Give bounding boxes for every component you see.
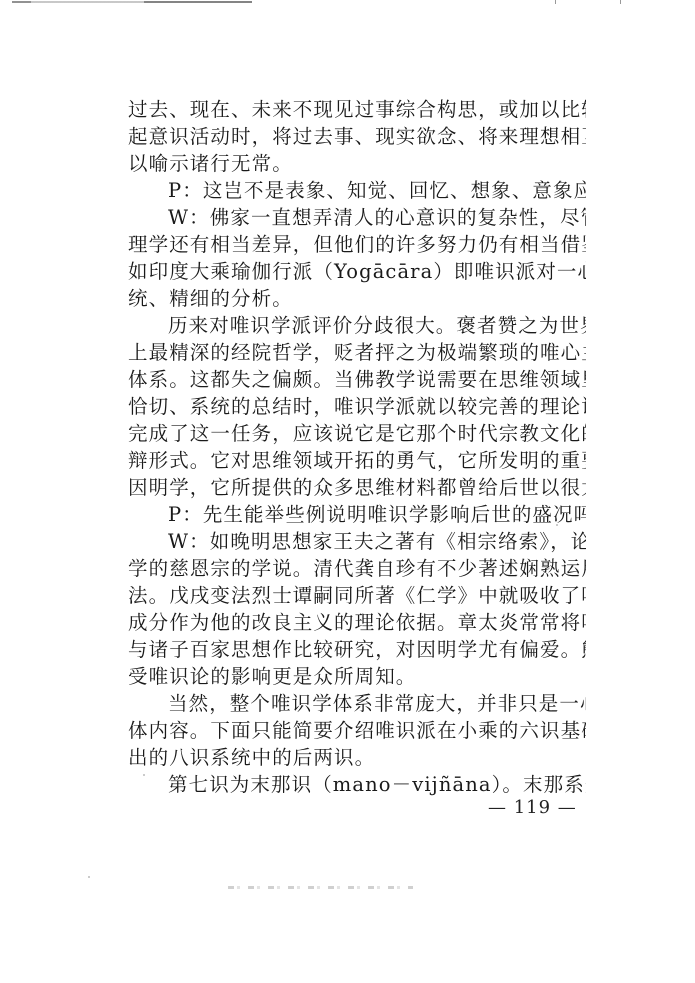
text-line: 体系。这都失之偏颇。当佛教学说需要在思维领域里得到较 [128,366,586,393]
text-line: 受唯识论的影响更是众所周知。 [128,663,586,690]
text-line: 完成了这一任务，应该说它是它那个时代宗教文化的高级思 [128,420,586,447]
scan-speck [88,876,90,878]
text-line: 学的慈恩宗的学说。清代龚自珍有不少著述娴熟运用因明方 [128,555,586,582]
text-line: 出的八识系统中的后两识。 [128,744,586,771]
text-line: 如印度大乘瑜伽行派（Yogācāra）即唯识派对一心八识的系 [128,258,586,285]
paragraph-start-line: 历来对唯识学派评价分歧很大。褒者赞之为世界哲学史 [128,312,586,339]
text-line: 上最精深的经院哲学，贬者抨之为极端繁琐的唯心主义思想 [128,339,586,366]
answer-line: W：如晚明思想家王夫之著有《相宗络索》，论述了持唯识 [128,528,586,555]
paragraph-start-line: 当然，整个唯识学体系非常庞大，并非只是一心八识的具 [128,690,586,717]
text-line: 过去、现在、未来不现见过事综合构思，或加以比较，意思是在 [128,96,586,123]
scan-noise-artifact [228,886,413,889]
text-line: 理学还有相当差异，但他们的许多努力仍有相当借鉴意义，例 [128,231,586,258]
scan-edge-artifact [12,1,252,3]
text-line: 成分作为他的改良主义的理论依据。章太炎常常将唯识思想 [128,609,586,636]
question-line: P：这岂不是表象、知觉、回忆、想象、意象应有尽有了吗？ [128,177,586,204]
page-number: — 119 — [488,796,577,820]
text-line: 与诸子百家思想作比较研究，对因明学尤有偏爱。熊十力先生 [128,636,586,663]
text-line: 起意识活动时，将过去事、现实欲念、将来理想相互改铸、比较 [128,123,586,150]
question-line: P：先生能举些例说明唯识学影响后世的盛况吗？ [128,501,586,528]
text-line: 恰切、系统的总结时，唯识学派就以较完善的理论语言和形态 [128,393,586,420]
scan-speck [143,774,145,776]
text-line: 因明学，它所提供的众多思维材料都曾给后世以很大影响。 [128,474,586,501]
page-body: 过去、现在、未来不现见过事综合构思，或加以比较，意思是在 起意识活动时，将过去事… [128,96,586,798]
text-line: 体内容。下面只能简要介绍唯识派在小乘的六识基础上发展 [128,717,586,744]
text-line: 统、精细的分析。 [128,285,586,312]
paragraph-start-line: 第七识为末那识（mano－vijñāna）。末那系梵语，意即思 [128,771,586,798]
scan-edge-mark [620,0,621,4]
text-line: 辩形式。它对思维领域开拓的勇气，它所发明的重要理论工具 [128,447,586,474]
scan-speck [556,524,558,526]
answer-line: W：佛家一直想弄清人的心意识的复杂性，尽管与现代心 [128,204,586,231]
text-line: 以喻示诸行无常。 [128,150,586,177]
scan-edge-mark [555,0,556,4]
text-line: 法。戊戌变法烈士谭嗣同所著《仁学》中就吸收了唯识的某些 [128,582,586,609]
